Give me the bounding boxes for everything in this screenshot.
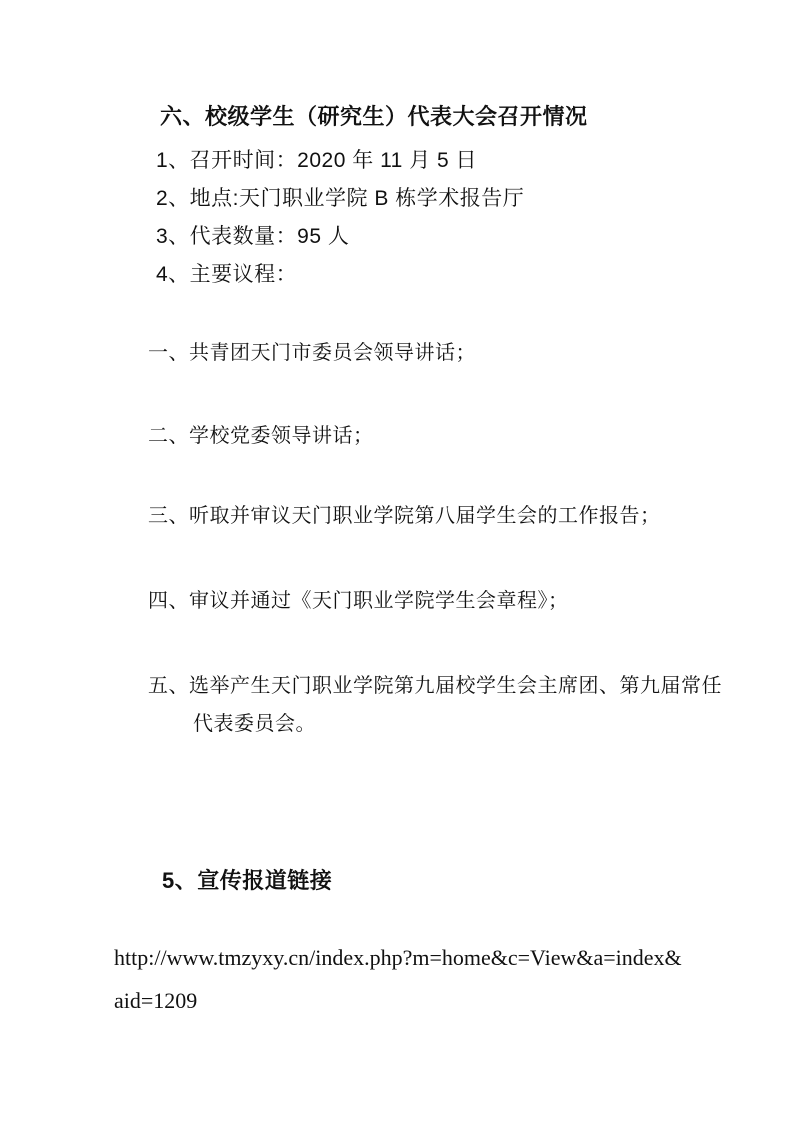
meta-item-agenda-label: 4、主要议程：: [156, 256, 524, 294]
agenda-item-3: 三、听取并审议天门职业学院第八届学生会的工作报告；: [148, 499, 661, 528]
meta-item-location: 2、地点:天门职业学院 B 栋学术报告厅: [156, 180, 524, 218]
meta-item-delegate-count: 3、代表数量：95 人: [156, 218, 524, 256]
agenda-item-2: 二、学校党委领导讲话；: [148, 419, 374, 448]
publicity-link-url-line2: aid=1209: [114, 979, 682, 1022]
section-heading: 六、校级学生（研究生）代表大会召开情况: [160, 100, 588, 131]
meeting-meta-list: 1、召开时间：2020 年 11 月 5 日 2、地点:天门职业学院 B 栋学术…: [156, 142, 524, 294]
agenda-item-4: 四、审议并通过《天门职业学院学生会章程》；: [148, 584, 569, 613]
meta-item-time: 1、召开时间：2020 年 11 月 5 日: [156, 142, 524, 180]
agenda-item-1: 一、共青团天门市委员会领导讲话；: [148, 336, 476, 365]
publicity-link-url-line1: http://www.tmzyxy.cn/index.php?m=home&c=…: [114, 936, 682, 979]
publicity-link-heading: 5、宣传报道链接: [162, 864, 332, 895]
document-page: 六、校级学生（研究生）代表大会召开情况 1、召开时间：2020 年 11 月 5…: [0, 0, 793, 1122]
publicity-link-url: http://www.tmzyxy.cn/index.php?m=home&c=…: [114, 936, 682, 1022]
agenda-item-5: 五、选举产生天门职业学院第九届校学生会主席团、第九届常任: [148, 669, 722, 698]
agenda-item-5-continuation: 代表委员会。: [193, 707, 316, 736]
